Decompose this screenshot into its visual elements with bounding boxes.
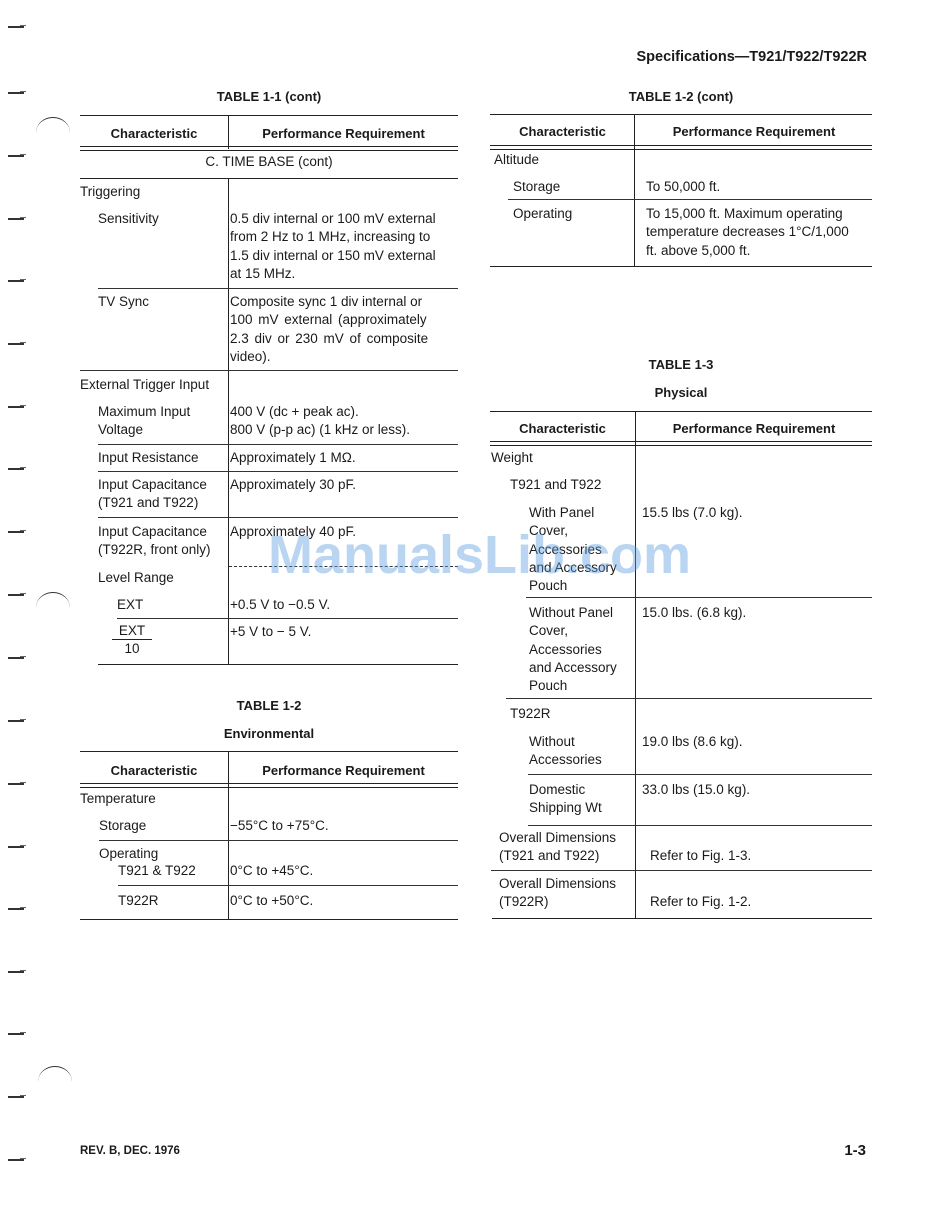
margin-mark — [8, 468, 24, 470]
row-label: Altitude — [494, 151, 539, 169]
row-label: T922R — [510, 705, 551, 723]
margin-mark — [8, 720, 24, 722]
row-value: 0.5 div internal or 100 mV external from… — [230, 210, 436, 283]
row-value: 15.5 lbs (7.0 kg). — [642, 504, 743, 522]
col-header-characteristic: Characteristic — [80, 763, 228, 778]
page-number: 1-3 — [844, 1142, 866, 1159]
margin-mark — [8, 783, 24, 785]
margin-mark — [8, 343, 24, 345]
row-value: Approximately 1 MΩ. — [230, 449, 356, 467]
row-label: Without Accessories — [529, 733, 602, 770]
row-value: Composite sync 1 div internal or 100 mV … — [230, 293, 428, 366]
margin-mark — [8, 1096, 24, 1098]
col-header-performance: Performance Requirement — [229, 763, 458, 778]
row-value: +0.5 V to −0.5 V. — [230, 596, 330, 614]
row-value: Refer to Fig. 1-2. — [650, 893, 751, 911]
col-header-characteristic: Characteristic — [490, 421, 635, 436]
row-value: 0°C to +45°C. — [230, 862, 313, 880]
row-label: T921 and T922 — [510, 476, 601, 494]
fraction-label: EXT 10 — [112, 623, 152, 658]
table-title: TABLE 1-3 — [490, 357, 872, 372]
row-value: −55°C to +75°C. — [230, 817, 329, 835]
row-value: Approximately 30 pF. — [230, 476, 356, 494]
margin-mark — [8, 26, 24, 28]
col-header-characteristic: Characteristic — [490, 124, 635, 139]
row-label: TV Sync — [98, 293, 149, 311]
row-label: Without Panel Cover, Accessories and Acc… — [529, 604, 617, 695]
row-value: 400 V (dc + peak ac). 800 V (p-p ac) (1 … — [230, 403, 410, 440]
table-subtitle: Environmental — [80, 726, 458, 741]
watermark: ManualsLib.com — [268, 524, 691, 586]
margin-mark — [8, 1033, 24, 1035]
margin-mark — [8, 1159, 24, 1161]
margin-mark — [8, 846, 24, 848]
col-header-characteristic: Characteristic — [80, 126, 228, 141]
row-label: Input Capacitance (T921 and T922) — [98, 476, 207, 513]
binder-ring — [38, 1066, 72, 1097]
row-value: Refer to Fig. 1-3. — [650, 847, 751, 865]
row-label: Maximum Input Voltage — [98, 403, 190, 440]
table-title: TABLE 1-1 (cont) — [80, 89, 458, 104]
page-header: Specifications—T921/T922/T922R — [637, 49, 868, 65]
row-value: 19.0 lbs (8.6 kg). — [642, 733, 743, 751]
row-label: Input Resistance — [98, 449, 199, 467]
row-label: Level Range — [98, 569, 174, 587]
row-label: Domestic Shipping Wt — [529, 781, 602, 818]
margin-mark — [8, 594, 24, 596]
row-label: Sensitivity — [98, 210, 159, 228]
row-label: Storage — [513, 178, 560, 196]
row-label: Overall Dimensions (T921 and T922) — [499, 829, 616, 866]
row-value: To 15,000 ft. Maximum operating temperat… — [646, 205, 849, 260]
table-title: TABLE 1-2 — [80, 698, 458, 713]
table-title: TABLE 1-2 (cont) — [490, 89, 872, 104]
row-label: Input Capacitance (T922R, front only) — [98, 523, 211, 560]
margin-mark — [8, 92, 24, 94]
col-header-performance: Performance Requirement — [636, 124, 872, 139]
row-label: Storage — [99, 817, 146, 835]
row-label: External Trigger Input — [80, 376, 209, 394]
row-label: Operating — [513, 205, 572, 223]
margin-mark — [8, 657, 24, 659]
row-value: 0°C to +50°C. — [230, 892, 313, 910]
margin-mark — [8, 531, 24, 533]
row-label: EXT — [117, 596, 143, 614]
row-label: Temperature — [80, 790, 156, 808]
table-subtitle: Physical — [490, 385, 872, 400]
row-value: 15.0 lbs. (6.8 kg). — [642, 604, 746, 622]
row-value: To 50,000 ft. — [646, 178, 720, 196]
margin-mark — [8, 155, 24, 157]
row-label: T922R — [118, 892, 159, 910]
col-header-performance: Performance Requirement — [636, 421, 872, 436]
margin-mark — [8, 406, 24, 408]
row-value: +5 V to − 5 V. — [230, 623, 311, 641]
row-label: Weight — [491, 449, 533, 467]
row-label: Triggering — [80, 183, 140, 201]
col-header-performance: Performance Requirement — [229, 126, 458, 141]
row-label: Operating — [99, 845, 158, 863]
margin-mark — [8, 280, 24, 282]
margin-mark — [8, 971, 24, 973]
footer-revision: REV. B, DEC. 1976 — [80, 1145, 180, 1157]
margin-mark — [8, 908, 24, 910]
row-value: 33.0 lbs (15.0 kg). — [642, 781, 750, 799]
section-heading: C. TIME BASE (cont) — [80, 153, 458, 171]
binder-ring — [36, 117, 70, 148]
margin-mark — [8, 218, 24, 220]
row-label: Overall Dimensions (T922R) — [499, 875, 616, 912]
row-label: T921 & T922 — [118, 862, 196, 880]
binder-ring — [36, 592, 70, 623]
